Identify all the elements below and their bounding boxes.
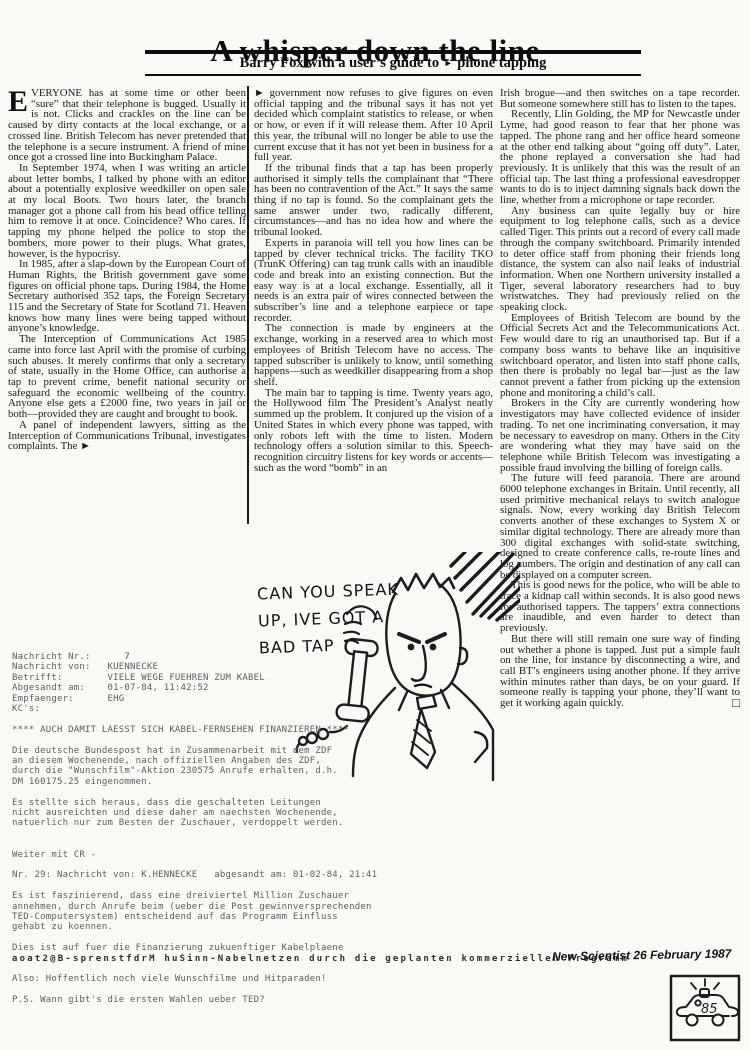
paragraph: This is good news for the police, who wi… bbox=[500, 580, 740, 634]
byline-text-right: phone tapping bbox=[457, 55, 546, 71]
teletype-line: Es stellte sich heraus, dass die geschal… bbox=[12, 798, 629, 808]
title-rule-bottom bbox=[145, 74, 641, 76]
teletype-printout: Nachricht Nr.: 7 Nachricht von: KUENNECK… bbox=[12, 652, 629, 1006]
beacon-rays bbox=[691, 979, 719, 989]
byline-text-left: Barry Fox with a user’s guide to bbox=[240, 55, 440, 71]
article-column-2: ► government now refuses to give figures… bbox=[254, 88, 493, 473]
teletype-line bbox=[12, 787, 629, 797]
teletype-line: KC's: bbox=[12, 704, 629, 714]
teletype-line bbox=[12, 735, 629, 745]
teletype-line: Die deutsche Bundespost hat in Zusammena… bbox=[12, 746, 629, 756]
paragraph: A panel of independent lawyers, sitting … bbox=[8, 420, 246, 452]
teletype-line: Also: Hoffentlich noch viele Wunschfilme… bbox=[12, 974, 629, 984]
paragraph: The connection is made by engineers at t… bbox=[254, 323, 493, 387]
teletype-line bbox=[12, 985, 629, 995]
teletype-line: P.S. Wann gibt's die ersten Wahlen ueber… bbox=[12, 995, 629, 1005]
article-column-1: EVERYONE has at some time or other been … bbox=[8, 88, 246, 452]
paragraph: The future will feed paranoia. There are… bbox=[500, 473, 740, 580]
teletype-line bbox=[12, 714, 629, 724]
teletype-line: Weiter mit CR - bbox=[12, 850, 629, 860]
teletype-line: natuerlich nur zum Besten der Zuschauer,… bbox=[12, 818, 629, 828]
title-rule-top bbox=[145, 50, 641, 54]
byline: Barry Fox with a user’s guide to ► phone… bbox=[145, 55, 641, 72]
end-of-article-mark: □ bbox=[721, 698, 740, 708]
teletype-line: gehabt zu koennen. bbox=[12, 922, 629, 932]
teletype-line-overstruck: aoat2@B-sprenstfdrM huSinn-Nabelnetzen d… bbox=[12, 954, 629, 964]
teletype-line: Es ist faszinierend, dass eine dreiviert… bbox=[12, 891, 629, 901]
teletype-line bbox=[12, 860, 629, 870]
publication-credit: New Scientist 26 February 1987 bbox=[552, 946, 742, 963]
teletype-line: an diesem Wochenende, nach offiziellen A… bbox=[12, 756, 629, 766]
column-divider-rule bbox=[247, 86, 249, 524]
paragraph: In 1985, after a slap-down by the Europe… bbox=[8, 259, 246, 334]
paragraph: EVERYONE has at some time or other been … bbox=[8, 88, 246, 163]
teletype-line: TED-Computersystem) entscheidend auf das… bbox=[12, 912, 629, 922]
car-number: 85 bbox=[701, 1002, 718, 1017]
teletype-line: annehmen, durch Anrufe beim (ueber die P… bbox=[12, 902, 629, 912]
teletype-line: nicht ausreichten und diese daher am nae… bbox=[12, 808, 629, 818]
teletype-line: Empfaenger: EHG bbox=[12, 694, 629, 704]
police-car-85-icon: 85 bbox=[668, 973, 742, 1045]
right-eye bbox=[431, 645, 435, 649]
teletype-line bbox=[12, 881, 629, 891]
paragraph: Experts in paranoia will tell you how li… bbox=[254, 238, 493, 324]
teletype-line: Nachricht von: KUENNECKE bbox=[12, 662, 629, 672]
paragraph: Brokers in the City are currently wonder… bbox=[500, 398, 740, 473]
drop-cap: E bbox=[8, 89, 28, 115]
teletype-line: Betrifft: VIELE WEGE FUEHREN ZUM KABEL bbox=[12, 673, 629, 683]
paragraph: If the tribunal finds that a tap has bee… bbox=[254, 163, 493, 238]
teletype-line: DM 160175.25 eingenommen. bbox=[12, 777, 629, 787]
eyebrows bbox=[399, 634, 445, 642]
teletype-line: Nr. 29: Nachricht von: K.HENNECKE abgesa… bbox=[12, 870, 629, 880]
teletype-line bbox=[12, 839, 629, 849]
magazine-page-scan: A whisper down the line Barry Fox with a… bbox=[0, 0, 750, 1050]
paragraph: The Interception of Communications Act 1… bbox=[8, 334, 246, 420]
article-column-3: Irish brogue—and then switches on a tape… bbox=[500, 88, 740, 709]
paragraph: In September 1974, when I was writing an… bbox=[8, 163, 246, 259]
paragraph: The main bar to tapping is time. Twenty … bbox=[254, 388, 493, 474]
paragraph: Any business can quite legally buy or hi… bbox=[500, 206, 740, 313]
paragraph: Irish brogue—and then switches on a tape… bbox=[500, 88, 740, 109]
paragraph: ► government now refuses to give figures… bbox=[254, 88, 493, 163]
paragraph: Recently, Llin Golding, the MP for Newca… bbox=[500, 109, 740, 205]
corner-scribble-icon bbox=[451, 552, 520, 620]
paragraph: Employees of British Telecom are bound b… bbox=[500, 313, 740, 399]
teletype-line: **** AUCH DAMIT LAESST SICH KABEL-FERNSE… bbox=[12, 725, 629, 735]
right-arrow-icon: ► bbox=[443, 58, 454, 68]
teletype-line: Abgesandt am: 01-07-84, 11:42:52 bbox=[12, 683, 629, 693]
teletype-line bbox=[12, 964, 629, 974]
teletype-line: durch die "Wunschfilm"-Aktion 230575 Anr… bbox=[12, 766, 629, 776]
left-eye bbox=[409, 645, 413, 649]
driver-head bbox=[695, 1000, 700, 1005]
teletype-line bbox=[12, 933, 629, 943]
paragraph-text: VERYONE has at some time or other been “… bbox=[8, 87, 246, 163]
hand bbox=[344, 606, 376, 643]
teletype-line: Dies ist auf fuer die Finanzierung zukue… bbox=[12, 943, 629, 953]
teletype-line bbox=[12, 829, 629, 839]
teletype-line: Nachricht Nr.: 7 bbox=[12, 652, 629, 662]
rear-wheel bbox=[687, 1015, 698, 1026]
